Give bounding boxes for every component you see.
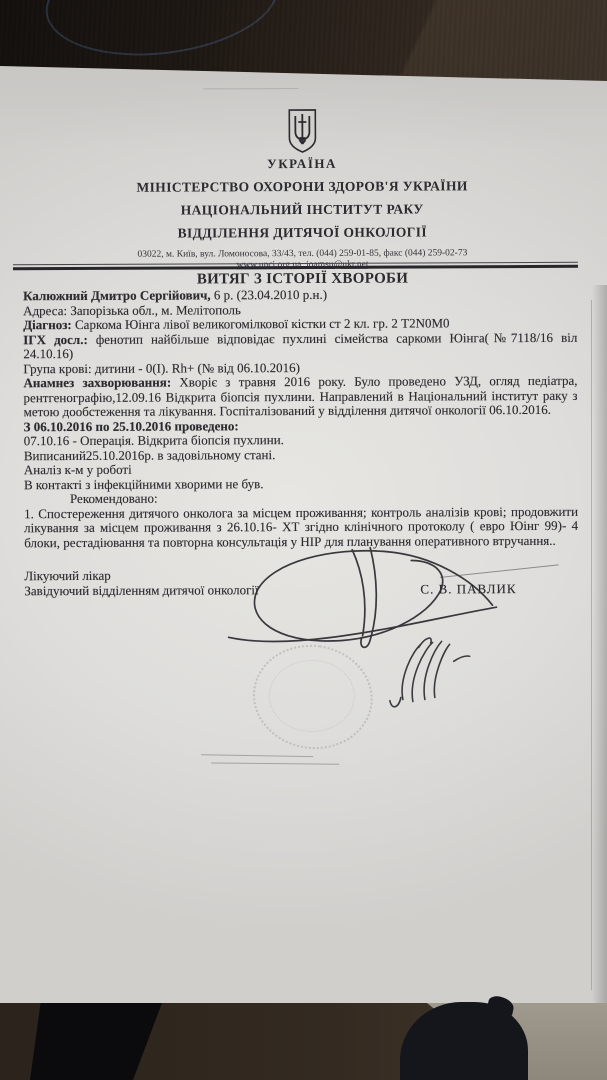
reflection-highlight [39, 0, 285, 68]
header-institute: НАЦІОНАЛЬНИЙ ІНСТИТУТ РАКУ [0, 201, 606, 220]
signature-secondary-icon [390, 638, 470, 707]
header-ministry: МІНІСТЕРСТВО ОХОРОНИ ЗДОРОВ'Я УКРАЇНИ [0, 178, 606, 197]
header-country: УКРАЇНА [0, 155, 606, 174]
document-content: УКРАЇНА МІНІСТЕРСТВО ОХОРОНИ ЗДОРОВ'Я УК… [0, 0, 607, 1006]
document-line: ІГХ досл.: фенотип найбільше відповідає … [23, 330, 577, 361]
stamp-imprint-inner [269, 660, 355, 732]
paper-edge-shadow [592, 285, 607, 1003]
document-header: УКРАЇНА МІНІСТЕРСТВО ОХОРОНИ ЗДОРОВ'Я УК… [0, 107, 606, 272]
scan-artifact-line [203, 88, 298, 89]
photo-scene: УКРАЇНА МІНІСТЕРСТВО ОХОРОНИ ЗДОРОВ'Я УК… [0, 0, 607, 1080]
document-line: 1. Спостереження дитячого онколога за мі… [24, 504, 578, 550]
signoff-block: Лікуючий лікар Завідуючий відділенням ди… [24, 567, 578, 598]
doctor-name: С. В. ПАВЛИК [420, 582, 516, 597]
scan-artifact-line [201, 754, 313, 757]
signoff-role-2: Завідуючий відділенням дитячої онкології… [24, 581, 578, 598]
paper-edge-line [591, 300, 592, 990]
document-body: Калюжний Дмитро Сергійович, 6 р. (23.04.… [23, 287, 578, 598]
document-line: Анамнез захворювання: Хворіє з травня 20… [23, 374, 577, 420]
ukraine-trident-icon [286, 108, 318, 154]
document-paper: УКРАЇНА МІНІСТЕРСТВО ОХОРОНИ ЗДОРОВ'Я УК… [0, 0, 607, 1005]
signoff-role-2-label: Завідуючий відділенням дитячої онкології [24, 582, 258, 598]
scan-artifact-line [211, 763, 339, 765]
header-department: ВІДДІЛЕННЯ ДИТЯЧОЇ ОНКОЛОГІЇ [0, 224, 606, 243]
